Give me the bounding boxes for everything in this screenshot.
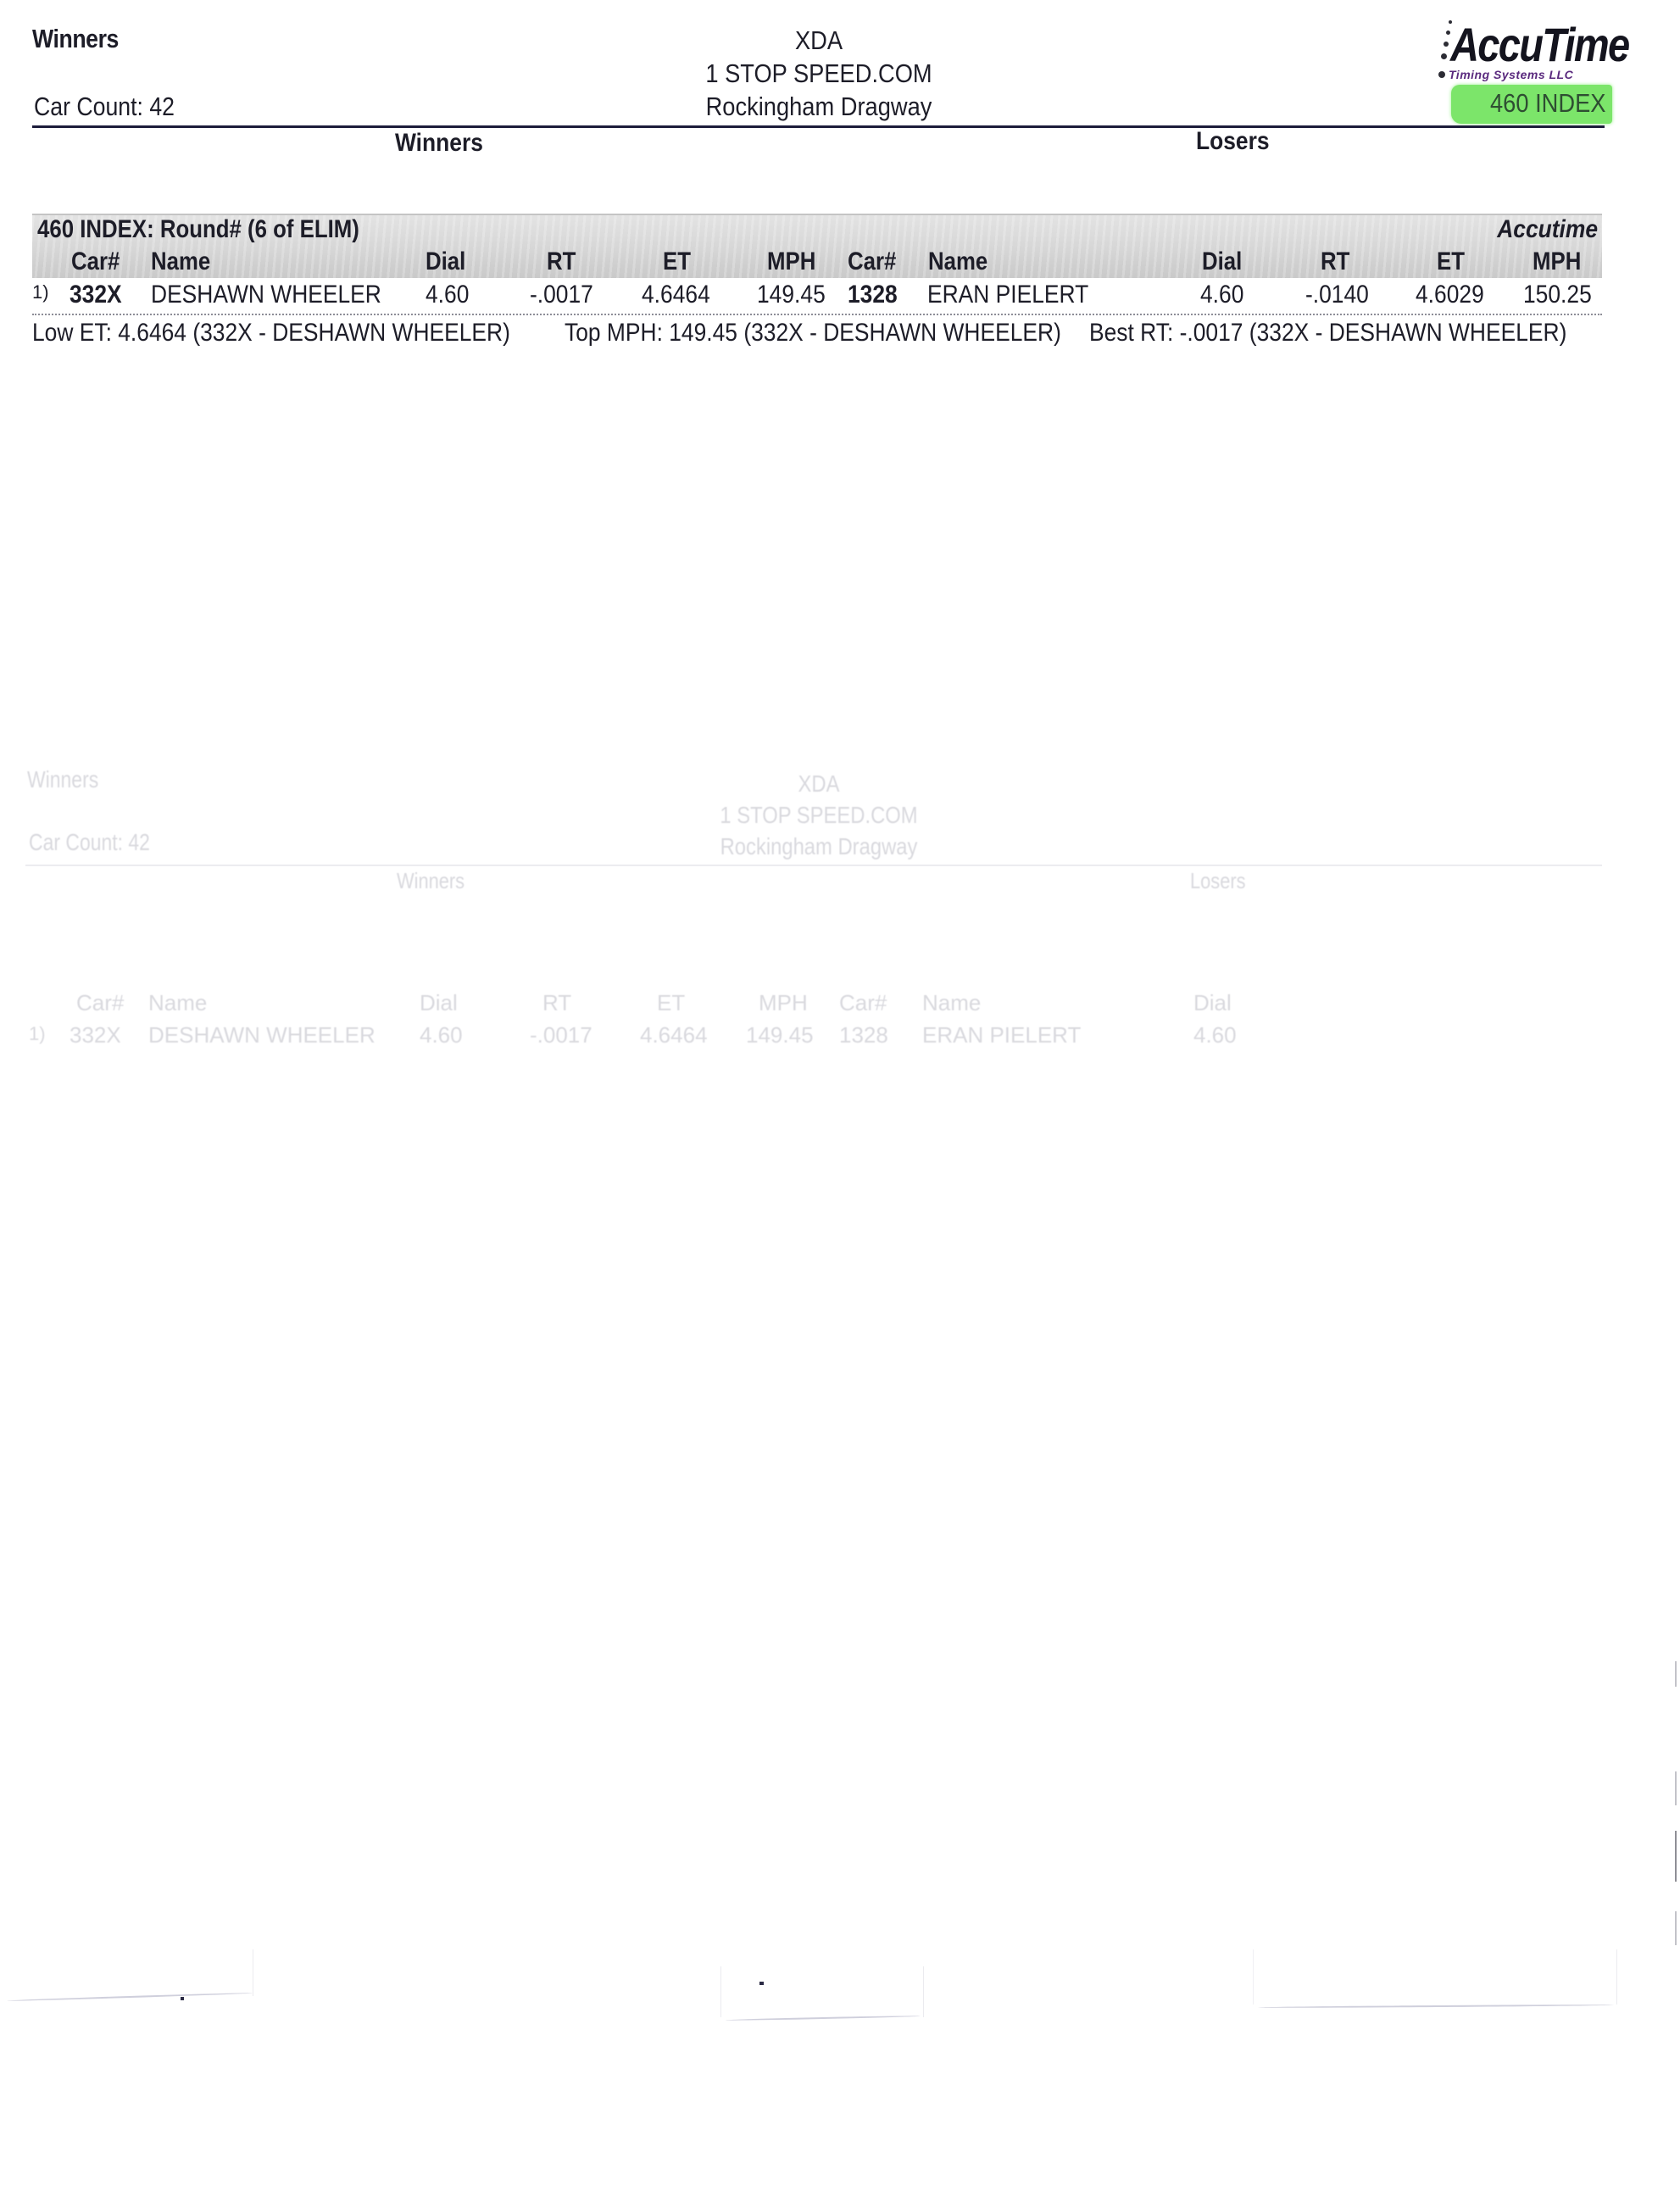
ghost-row-dial: 4.60	[420, 1022, 463, 1048]
event-sponsor: 1 STOP SPEED.COM	[98, 57, 1539, 90]
summary-top-mph: Top MPH: 149.45 (332X - DESHAWN WHEELER)	[565, 319, 1061, 348]
ghost-col-dial-2: Dial	[1193, 990, 1232, 1016]
scan-dot-left	[181, 1997, 184, 2000]
winner-car-number: 332X	[70, 281, 122, 309]
scan-edge-right	[1253, 1949, 1617, 2005]
ghost-event-sponsor: 1 STOP SPEED.COM	[123, 799, 1515, 831]
loser-mph: 150.25	[1523, 281, 1592, 309]
event-name: XDA	[98, 24, 1539, 57]
ghost-col-car-2: Car#	[839, 990, 887, 1016]
row-separator	[32, 314, 1602, 315]
event-header: XDA 1 STOP SPEED.COM Rockingham Dragway	[0, 24, 1638, 123]
loser-et: 4.6029	[1416, 281, 1484, 309]
scan-edge-mark-2	[1675, 1771, 1677, 1805]
col-header-loser-et: ET	[1437, 247, 1465, 276]
losers-section-label: Losers	[1196, 127, 1270, 156]
header-divider	[32, 125, 1605, 128]
ghost-event-venue: Rockingham Dragway	[123, 831, 1515, 862]
scan-edge-center	[720, 1966, 924, 2017]
ghost-row-rt: -.0017	[530, 1022, 592, 1048]
summary-best-rt: Best RT: -.0017 (332X - DESHAWN WHEELER)	[1089, 319, 1566, 348]
ghost-row-rank: 1)	[29, 1023, 46, 1045]
ghost-divider	[25, 865, 1602, 866]
ghost-col-mph: MPH	[759, 990, 808, 1016]
accutime-logo: AccuTime Timing Systems LLC	[1437, 19, 1615, 86]
ghost-event-header: XDA 1 STOP SPEED.COM Rockingham Dragway	[0, 768, 1638, 862]
logo-tagline: Timing Systems LLC	[1449, 68, 1573, 81]
loser-car-number: 1328	[848, 281, 898, 309]
col-header-loser-car: Car#	[848, 247, 896, 276]
winner-et: 4.6464	[642, 281, 710, 309]
scan-edge-mark-4	[1675, 1911, 1677, 1945]
loser-name: ERAN PIELERT	[927, 281, 1088, 309]
row-rank: 1)	[32, 281, 49, 303]
logo-wordmark: AccuTime	[1450, 19, 1629, 71]
winners-section-label: Winners	[395, 129, 483, 158]
class-highlight-badge: 460 INDEX	[1451, 85, 1612, 124]
ghost-winners-label: Winners	[397, 868, 465, 894]
round-title: 460 INDEX: Round# (6 of ELIM)	[37, 215, 359, 244]
brand-label: Accutime	[1497, 215, 1598, 244]
ghost-col-name: Name	[148, 990, 207, 1016]
col-header-winner-name: Name	[151, 247, 210, 276]
ghost-row-name: DESHAWN WHEELER	[148, 1022, 375, 1048]
col-header-winner-et: ET	[663, 247, 691, 276]
winner-mph: 149.45	[757, 281, 826, 309]
col-header-loser-name: Name	[928, 247, 987, 276]
ghost-col-name-2: Name	[922, 990, 981, 1016]
ghost-col-rt: RT	[542, 990, 571, 1016]
col-header-winner-rt: RT	[547, 247, 576, 276]
event-venue: Rockingham Dragway	[98, 90, 1539, 123]
loser-rt: -.0140	[1305, 281, 1369, 309]
col-header-loser-rt: RT	[1321, 247, 1349, 276]
ghost-row-name-2: ERAN PIELERT	[922, 1022, 1081, 1048]
class-badge-label: 460 INDEX	[1490, 88, 1605, 119]
col-header-winner-mph: MPH	[767, 247, 815, 276]
loser-dial: 4.60	[1200, 281, 1243, 309]
col-header-winner-dial: Dial	[426, 247, 465, 276]
ghost-row-dial-2: 4.60	[1193, 1022, 1237, 1048]
col-header-winner-car: Car#	[71, 247, 120, 276]
col-header-loser-dial: Dial	[1202, 247, 1242, 276]
ghost-row-car-2: 1328	[839, 1022, 888, 1048]
ghost-event-name: XDA	[123, 768, 1515, 799]
winner-name: DESHAWN WHEELER	[151, 281, 381, 309]
scan-smudge-right	[1258, 2005, 1614, 2009]
ghost-col-car: Car#	[76, 990, 124, 1016]
scan-edge-mark-1	[1675, 1661, 1677, 1687]
ghost-row-mph: 149.45	[746, 1022, 814, 1048]
ghost-row-et: 4.6464	[640, 1022, 708, 1048]
winner-rt: -.0017	[530, 281, 593, 309]
scan-dot-center	[759, 1982, 764, 1985]
logo-bullet-icon	[1438, 71, 1445, 78]
summary-low-et: Low ET: 4.6464 (332X - DESHAWN WHEELER)	[32, 319, 510, 348]
scan-edge-left	[0, 1949, 253, 1996]
col-header-loser-mph: MPH	[1533, 247, 1581, 276]
scan-edge-mark-3	[1675, 1831, 1677, 1882]
ghost-row-car: 332X	[70, 1022, 121, 1048]
ghost-col-et: ET	[657, 990, 685, 1016]
ghost-losers-label: Losers	[1190, 868, 1246, 894]
ghost-col-dial: Dial	[420, 990, 458, 1016]
winner-dial: 4.60	[426, 281, 469, 309]
